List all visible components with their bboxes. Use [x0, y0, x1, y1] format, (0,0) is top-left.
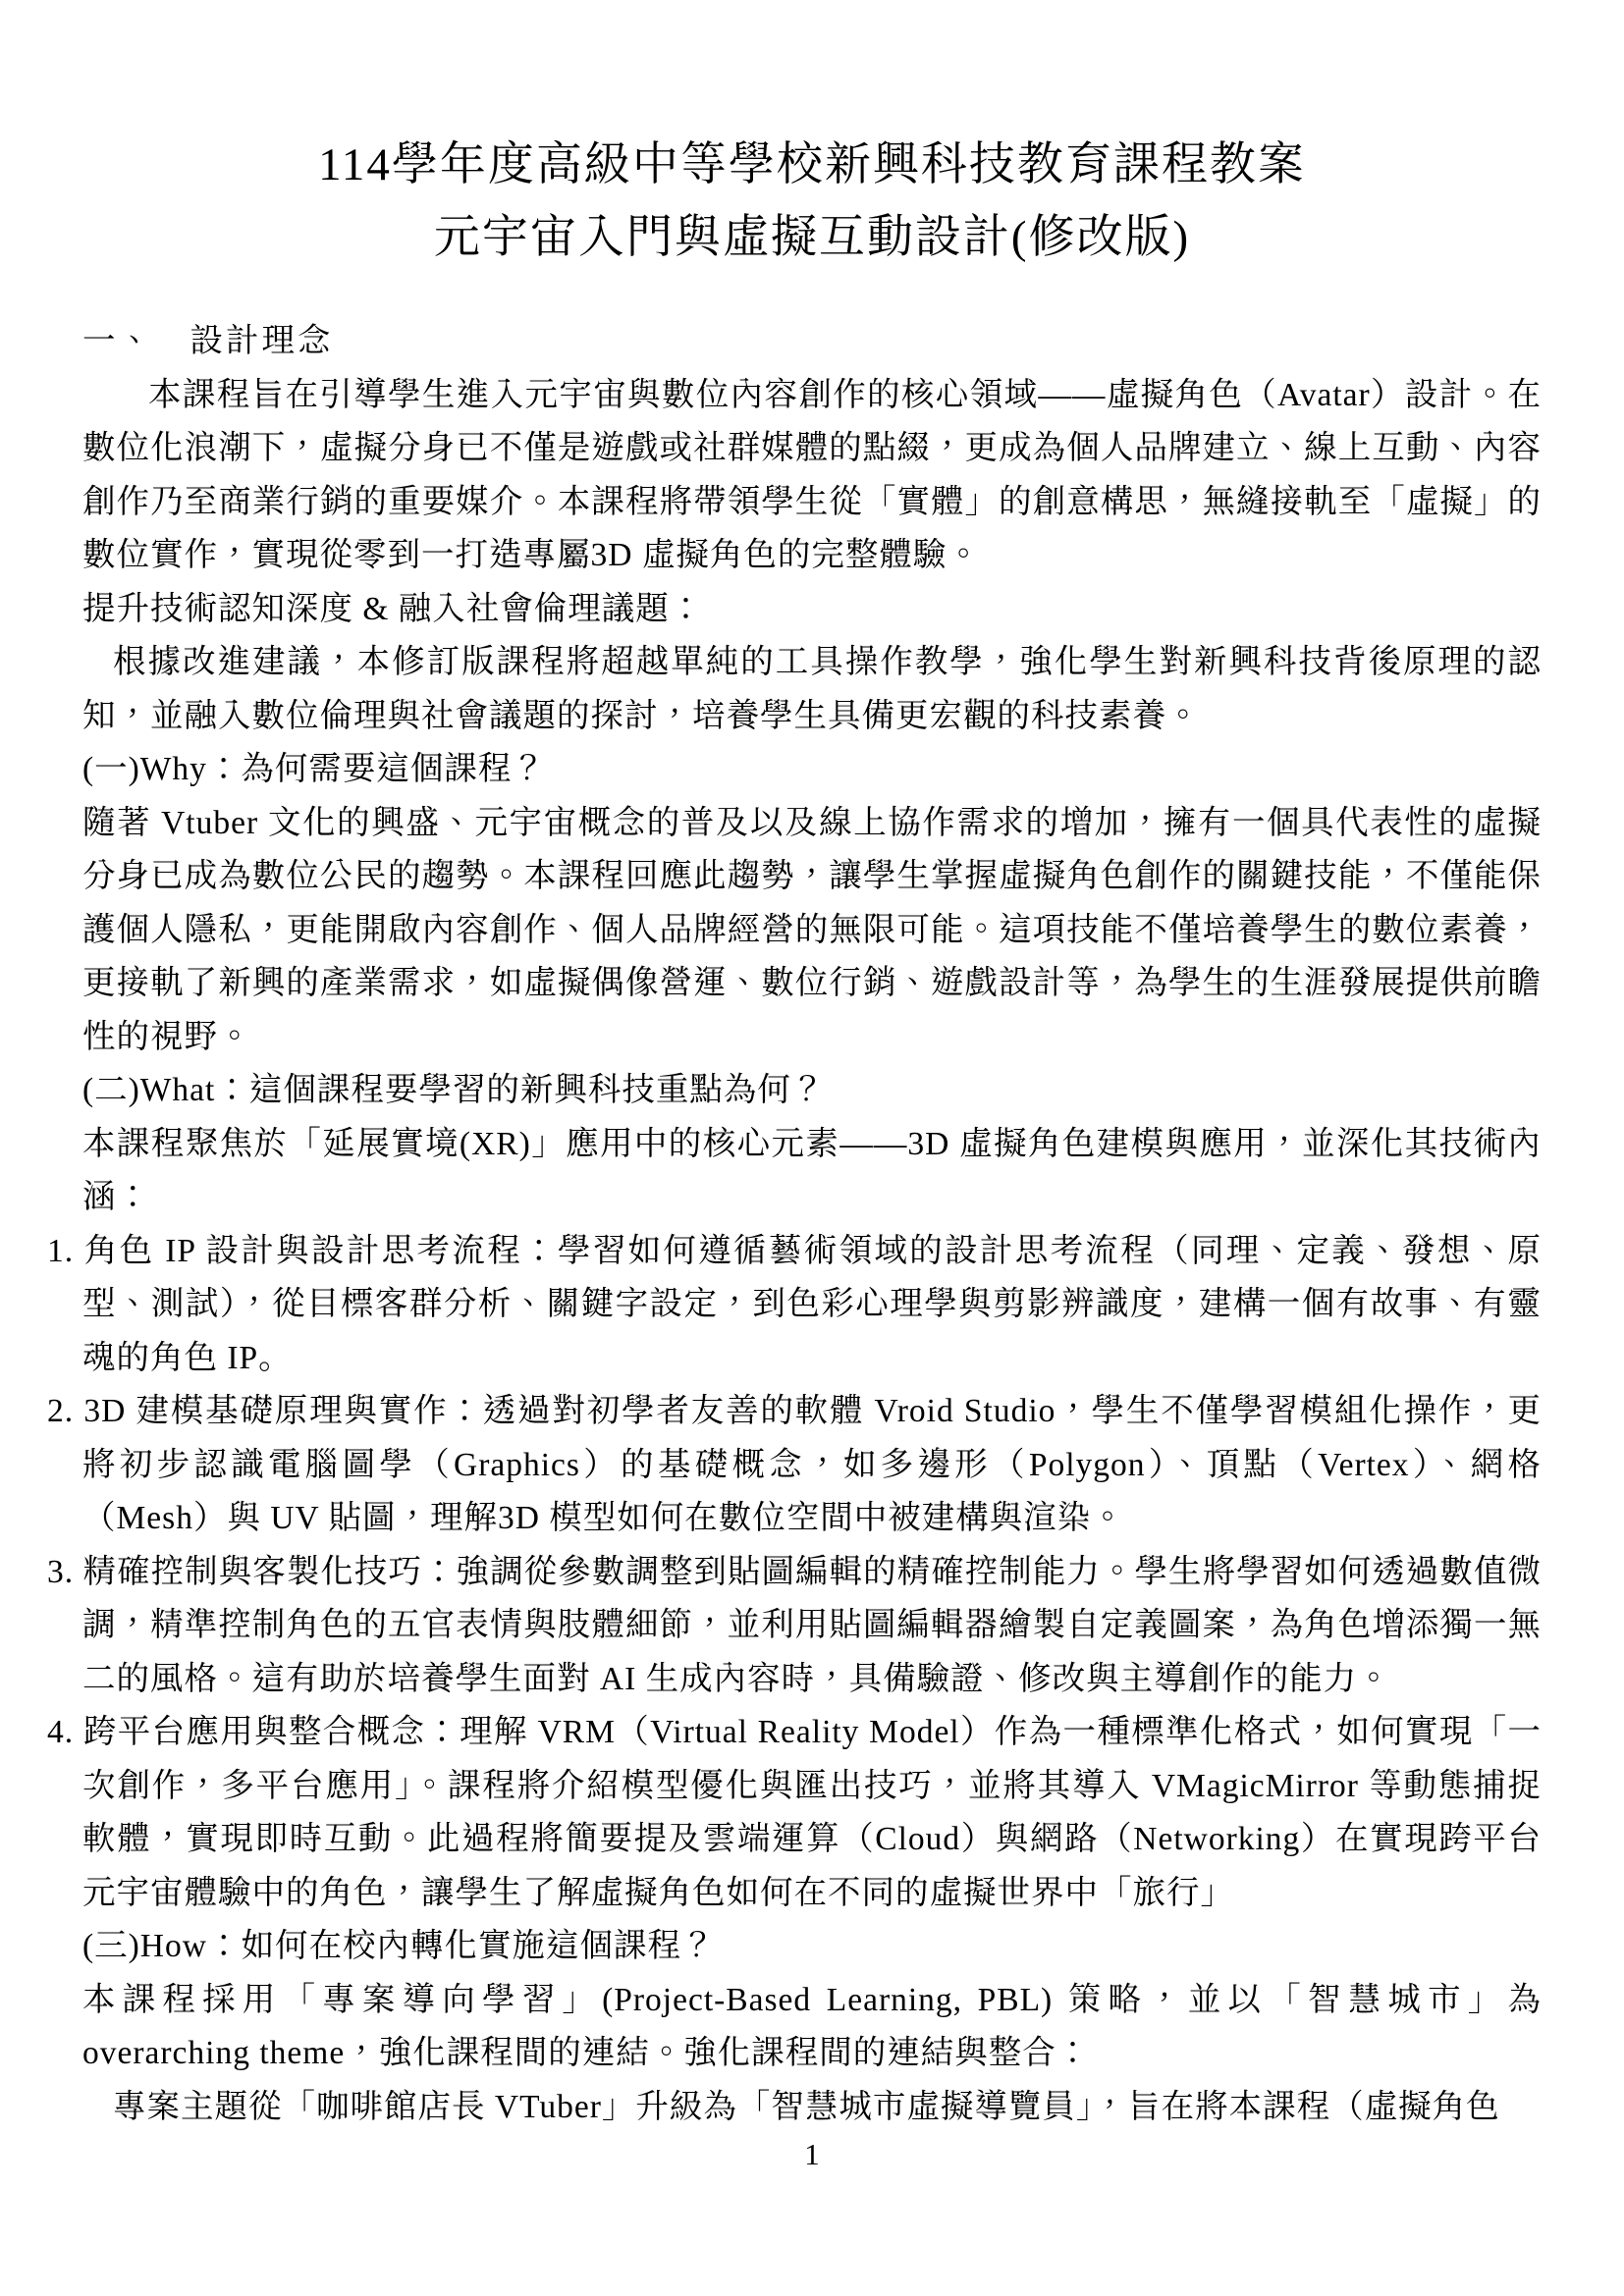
- document-body: 一、 設計理念 本課程旨在引導學生進入元宇宙與數位內容創作的核心領域——虛擬角色…: [82, 315, 1542, 2134]
- subheading-tech-ethics: 提升技術認知深度 & 融入社會倫理議題：: [82, 583, 1542, 637]
- paragraph-why-body: 隨著 Vtuber 文化的興盛、元宇宙概念的普及以及線上協作需求的增加，擁有一個…: [82, 797, 1542, 1065]
- list-item-3d-modeling-basics: 2. 3D 建模基礎原理與實作：透過對初學者友善的軟體 Vroid Studio…: [82, 1385, 1542, 1546]
- list-item-cross-platform: 4. 跨平台應用與整合概念：理解 VRM（Virtual Reality Mod…: [82, 1706, 1542, 1920]
- document-title-line1: 114學年度高級中等學校新興科技教育課程教案: [0, 129, 1624, 201]
- section-heading-design-concept: 一、 設計理念: [82, 315, 1542, 369]
- heading-what: (二)What：這個課程要學習的新興科技重點為何？: [82, 1064, 1542, 1118]
- paragraph-what-lead: 本課程聚焦於「延展實境(XR)」應用中的核心元素——3D 虛擬角色建模與應用，並…: [82, 1118, 1542, 1225]
- document-page: 114學年度高級中等學校新興科技教育課程教案 元宇宙入門與虛擬互動設計(修改版)…: [0, 0, 1624, 2296]
- heading-why: (一)Why：為何需要這個課程？: [82, 743, 1542, 797]
- document-title: 114學年度高級中等學校新興科技教育課程教案 元宇宙入門與虛擬互動設計(修改版): [0, 30, 1624, 274]
- list-item-character-ip-design: 1. 角色 IP 設計與設計思考流程：學習如何遵循藝術領域的設計思考流程（同理、…: [82, 1225, 1542, 1386]
- paragraph-how-pbl: 本課程採用「專案導向學習」(Project-Based Learning, PB…: [82, 1974, 1542, 2081]
- paragraph-course-intro: 本課程旨在引導學生進入元宇宙與數位內容創作的核心領域——虛擬角色（Avatar）…: [82, 369, 1542, 583]
- paragraph-how-project-theme: 專案主題從「咖啡館店長 VTuber」升級為「智慧城市虛擬導覽員」，旨在將本課程…: [82, 2081, 1542, 2135]
- list-item-precise-control: 3. 精確控制與客製化技巧：強調從參數調整到貼圖編輯的精確控制能力。學生將學習如…: [82, 1546, 1542, 1707]
- page-number: 1: [0, 2137, 1624, 2172]
- paragraph-revision-rationale: 根據改進建議，本修訂版課程將超越單純的工具操作教學，強化學生對新興科技背後原理的…: [82, 636, 1542, 743]
- heading-how: (三)How：如何在校內轉化實施這個課程？: [82, 1920, 1542, 1974]
- document-title-line2: 元宇宙入門與虛擬互動設計(修改版): [0, 201, 1624, 274]
